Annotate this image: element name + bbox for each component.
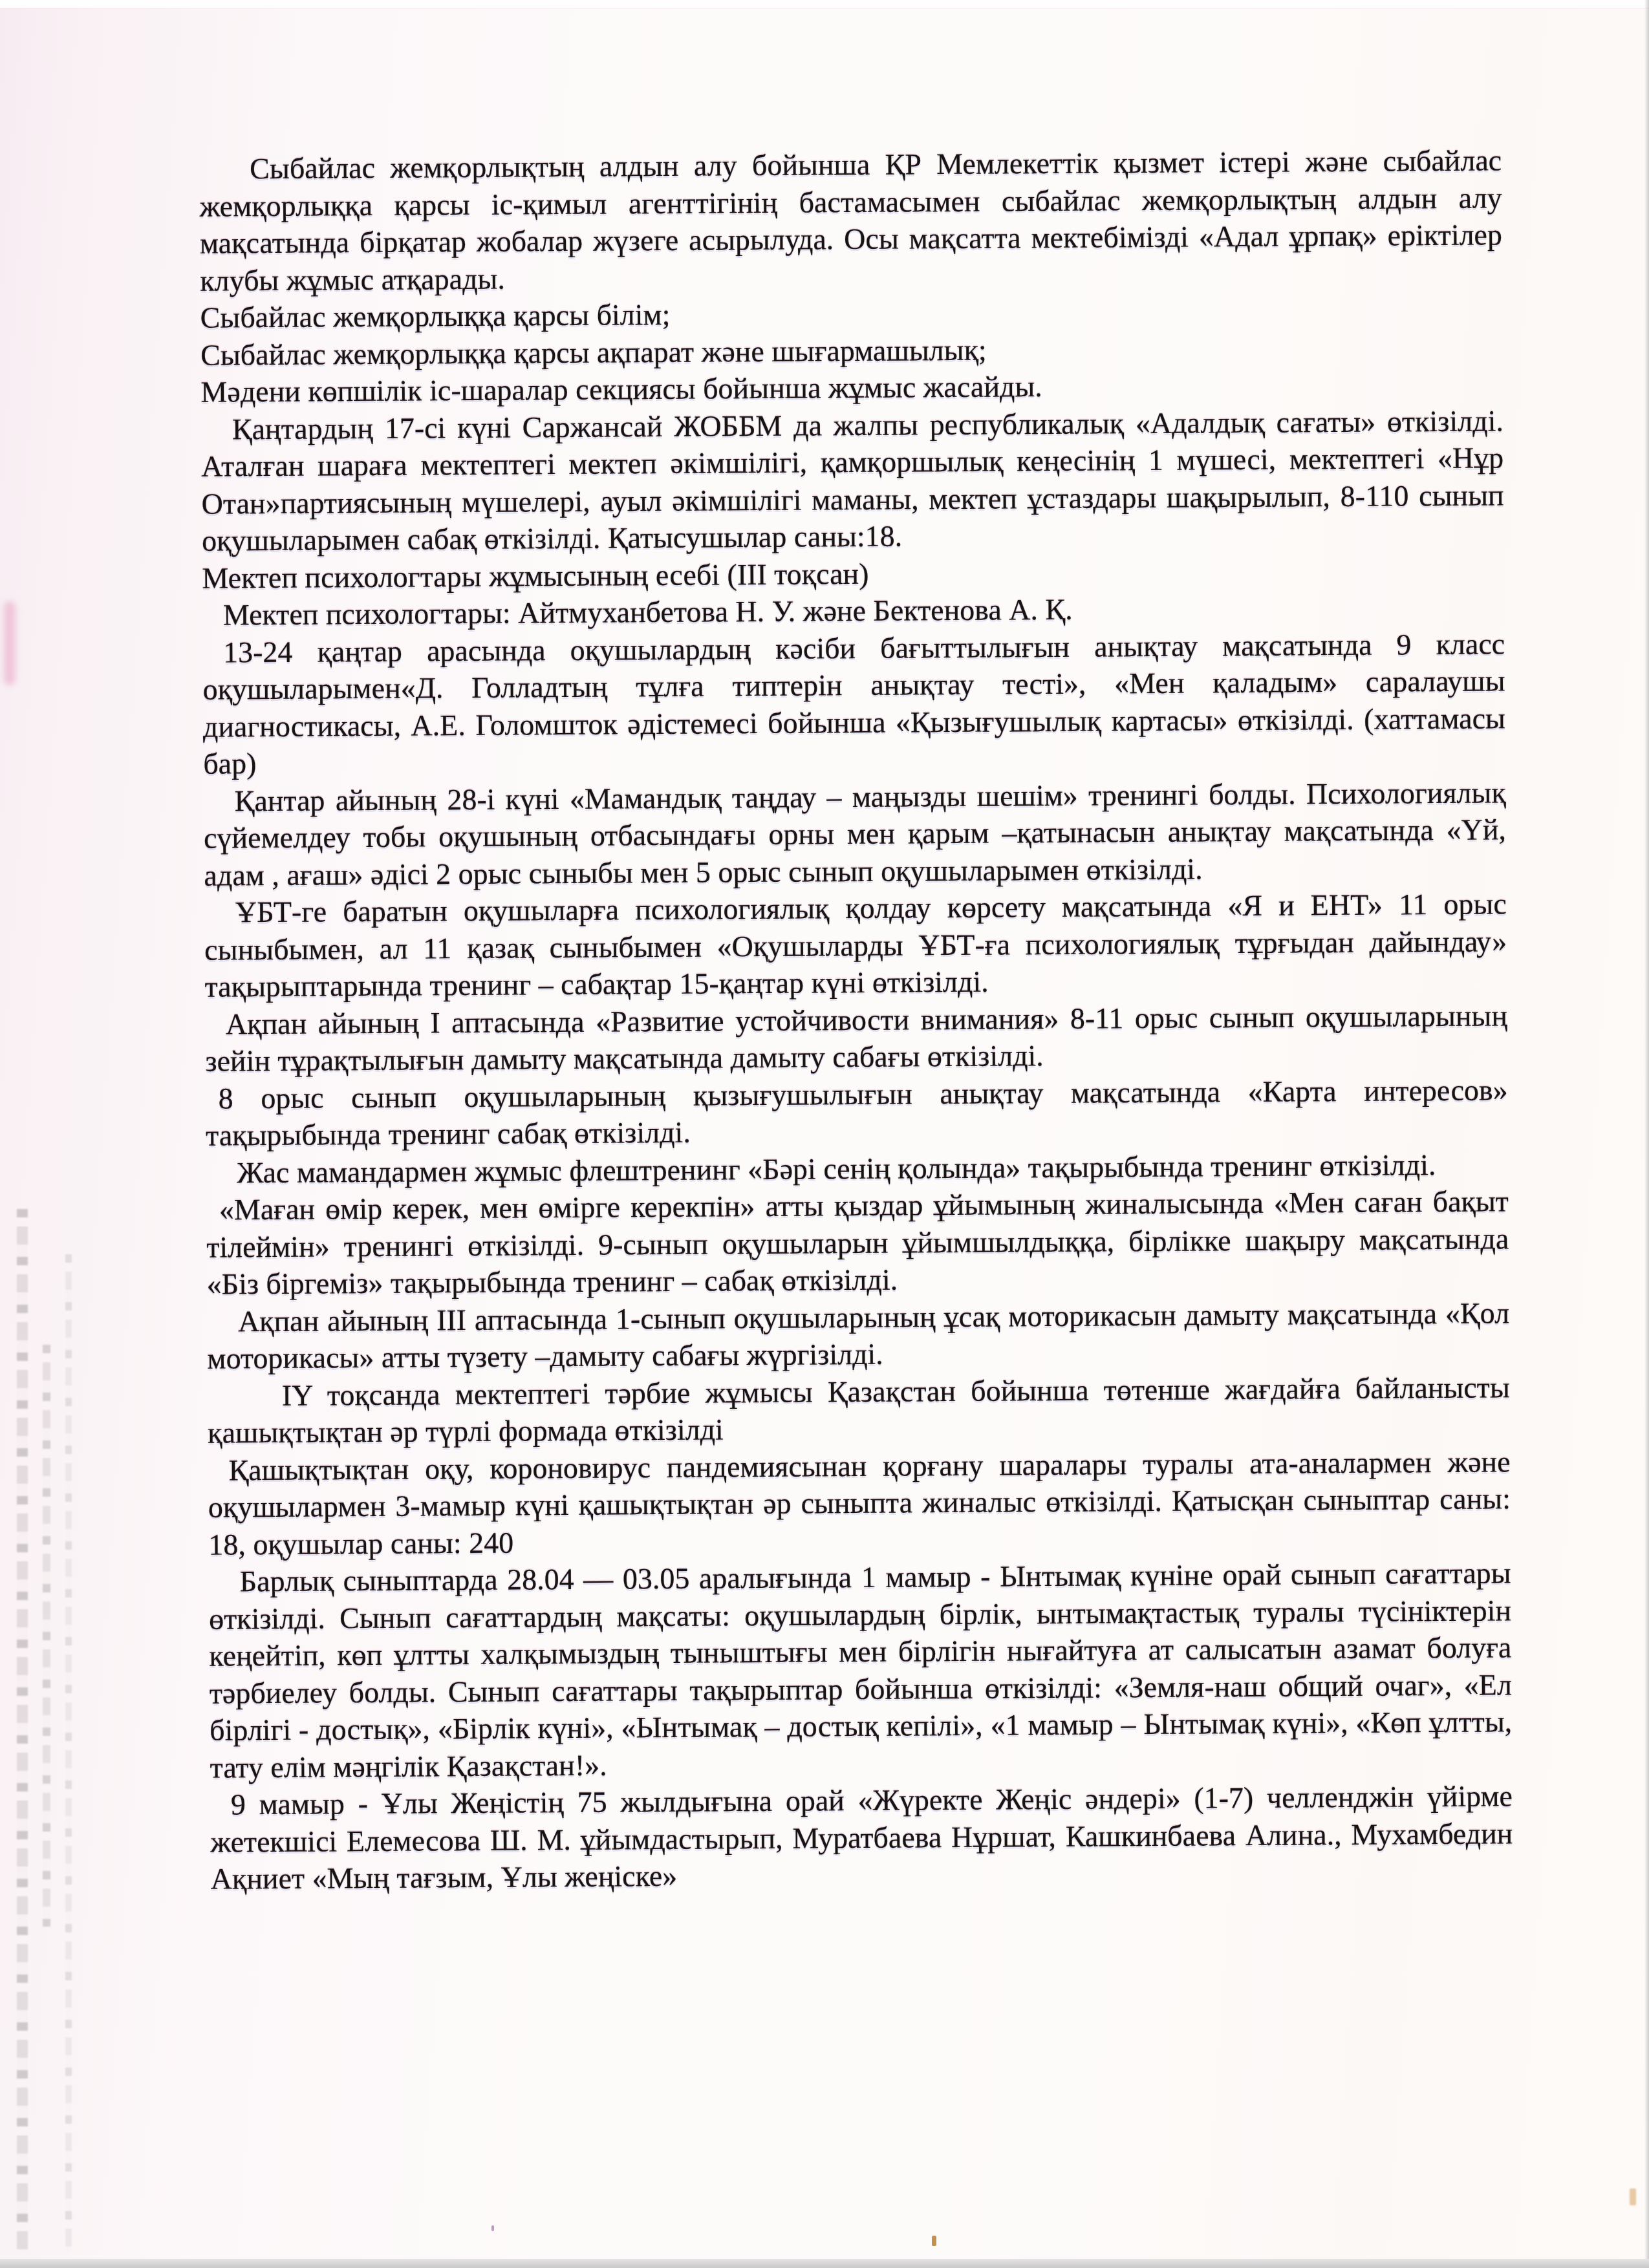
scan-bottom-edge-artifact: [0, 2259, 1649, 2268]
paragraph: ІY тоқсанда мектептегі тәрбие жұмысы Қаз…: [208, 1369, 1511, 1451]
scan-streak-artifact: [43, 1345, 50, 1927]
paragraph: 9 мамыр - Ұлы Жеңістің 75 жылдығына орай…: [210, 1777, 1513, 1898]
scan-speck-artifact: [1630, 2188, 1636, 2205]
paragraph: Қашықтықтан оқу, короновирус пандемиясын…: [208, 1443, 1511, 1563]
scanned-page: Сыбайлас жемқорлықтың алдын алу бойынша …: [0, 0, 1649, 2268]
scan-top-edge-artifact: [0, 0, 1649, 8]
scan-speck-artifact: [491, 2225, 494, 2231]
scan-streak-artifact: [17, 1209, 28, 2250]
paragraph: Ақпан айының І аптасында «Развитие устой…: [205, 997, 1508, 1080]
paragraph: 13-24 қаңтар арасында оқушылардың кәсіби…: [202, 625, 1505, 782]
paragraph: Қаңтардың 17-сі күні Саржансай ЖОББМ да …: [201, 402, 1504, 559]
paragraph: Ақпан айының ІІІ аптасында 1-сынып оқушы…: [207, 1294, 1510, 1377]
paragraph: Қантар айының 28-і күні «Мамандық таңдау…: [204, 774, 1507, 894]
scan-blotch-artifact: [4, 601, 16, 685]
paragraph: ҰБТ-ге баратын оқушыларға психологиялық …: [204, 885, 1507, 1005]
scan-speck-artifact: [932, 2236, 936, 2246]
paragraph: «Маған өмір керек, мен өмірге керекпін» …: [206, 1182, 1509, 1303]
scan-streak-artifact: [65, 1254, 72, 2253]
paragraph: 8 орыс сынып оқушыларының қызығушылығын …: [206, 1071, 1509, 1154]
document-text: Сыбайлас жемқорлықтың алдын алу бойынша …: [199, 142, 1513, 1898]
paragraph: Барлық сыныптарда 28.04 — 03.05 аралығын…: [209, 1554, 1513, 1786]
paragraph: Сыбайлас жемқорлықтың алдын алу бойынша …: [199, 142, 1502, 299]
scan-right-edge-artifact: [1644, 0, 1649, 2268]
